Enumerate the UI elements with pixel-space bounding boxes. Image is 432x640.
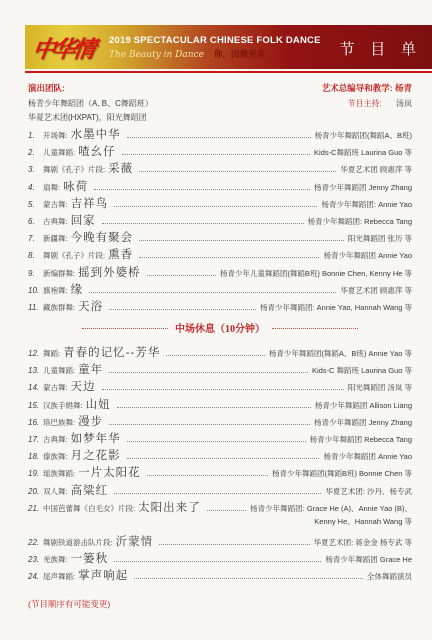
program-performers: 杨青少年舞蹈团(舞蹈B班) Bonnie Chen 等: [272, 468, 412, 479]
program-item-title: 回家: [71, 212, 96, 228]
dotted-leader: [139, 240, 344, 241]
program-category: 藏族群舞:: [43, 302, 75, 313]
program-category: 双人舞:: [43, 486, 68, 497]
program-item-title: 山妞: [86, 396, 111, 412]
program-category: 舞剧《孔子》片段:: [43, 250, 105, 261]
program-performers: 杨青少年舞蹈团 Annie Yao: [323, 451, 412, 462]
program-number: 12.: [28, 349, 43, 358]
credits: 艺术总编导和教学: 杨青 节目主持: 汤岚: [322, 82, 412, 123]
dotted-leader: [127, 458, 320, 459]
program-performers: 阳光舞蹈团 张历 等: [348, 233, 412, 244]
dotted-leader: [134, 578, 363, 579]
program-category: 瑶族舞蹈:: [43, 468, 75, 479]
dotted-leader: [114, 206, 317, 207]
program-category: 中国芭蕾舞《白毛女》片段:: [43, 503, 135, 514]
dotted-leader: [127, 137, 311, 138]
zhonghuaqing-logo: 中华情: [31, 31, 110, 64]
program-number: 2.: [28, 148, 43, 157]
program-number: 21.: [28, 504, 43, 513]
info-block: 演出团队: 杨青少年舞蹈团（A, B、C舞蹈班） 华夏艺术团(HXPAT)，阳光…: [28, 82, 412, 123]
dotted-leader: [102, 223, 304, 224]
program-row: 8. 舞剧《孔子》片段: 熏香 杨青少年舞蹈团 Annie Yao: [28, 246, 412, 263]
program-number: 22.: [28, 538, 43, 547]
program-performers: 华夏艺术团: 沙丹、杨专武: [325, 486, 412, 497]
program-performers: 杨青少年舞蹈团 Annie Yao: [323, 250, 412, 261]
program-performers: 全体舞蹈演员: [367, 571, 412, 582]
program-performers: 杨青少年舞蹈团: Grace He (A)、Annie Yao (B)、: [250, 503, 412, 514]
intermission-label: 中场休息（10分钟）: [175, 320, 265, 335]
dotted-leader: [127, 441, 306, 442]
program-row: 16. 珞巴族舞: 漫步 杨青少年舞蹈团 Jenny Zhang: [28, 413, 412, 430]
host-line: 节目主持: 汤岚: [322, 98, 412, 109]
program-item-title: 采薇: [108, 160, 133, 176]
program-number: 10.: [28, 286, 43, 295]
program-item-title: 咏荷: [63, 178, 88, 194]
dotted-leader: [109, 309, 256, 310]
host-name: 汤岚: [396, 99, 412, 108]
program-number: 17.: [28, 435, 43, 444]
program-category: 新编群舞:: [43, 268, 75, 279]
program-category: 舞剧铁道游击队片段:: [43, 537, 113, 548]
program-row: 1. 开场舞: 水墨中华 杨青少年舞蹈团(舞蹈A、B班): [28, 126, 412, 143]
program-number: 19.: [28, 469, 43, 478]
program-item-title: 喳幺仔: [78, 143, 116, 159]
program-item-title: 天浴: [78, 298, 103, 314]
program-number: 9.: [28, 269, 43, 278]
program-number: 3.: [28, 165, 43, 174]
program-performers: 杨青少年舞蹈团(舞蹈A、B班): [315, 130, 413, 141]
tagline-english: The Beauty in Dance: [109, 50, 204, 60]
program-performers: 华夏艺术团 顾惠萍 等: [340, 164, 412, 175]
team-line-1: 杨青少年舞蹈团（A, B、C舞蹈班）: [28, 98, 153, 109]
program-row: 23. 羌族舞: 一篓秋 杨青少年舞蹈团 Grace He: [28, 550, 412, 567]
program-row: 21. 中国芭蕾舞《白毛女》片段: 太阳出来了 杨青少年舞蹈团: Grace H…: [28, 499, 412, 516]
program-performers: 杨青少年舞蹈团 Jenny Zhang: [314, 417, 412, 428]
program-number: 15.: [28, 401, 43, 410]
dotted-leader: [159, 544, 310, 545]
program-performers: 阳光舞蹈团 汤岚 等: [348, 382, 412, 393]
banner-text: 2019 SPECTACULAR CHINESE FOLK DANCE The …: [109, 35, 321, 60]
program-item-title: 熏香: [108, 246, 133, 262]
program-row: 7. 新疆舞: 今晚有聚会 阳光舞蹈团 张历 等: [28, 229, 412, 246]
program-number: 8.: [28, 251, 43, 260]
banner-subtitle: The Beauty in Dance 你，因舞更美: [109, 48, 321, 60]
program-number: 7.: [28, 234, 43, 243]
program-row: 19. 瑶族舞蹈: 一片太阳花 杨青少年舞蹈团(舞蹈B班) Bonnie Che…: [28, 464, 412, 481]
footer-note: (节目顺序有可能变更): [28, 598, 110, 610]
dotted-leader: [102, 389, 344, 390]
program-row: 6. 古典舞: 回家 杨青少年舞蹈团: Rebecca Tang: [28, 212, 412, 229]
program-row: 2. 儿童舞蹈: 喳幺仔 Kids-C舞蹈班 Laurina Guo 等: [28, 143, 412, 160]
dotted-leader: [207, 510, 247, 511]
intermission: 中场休息（10分钟）: [28, 320, 412, 335]
dotted-leader: [147, 275, 216, 276]
program-page: 中华情 2019 SPECTACULAR CHINESE FOLK DANCE …: [0, 0, 432, 640]
dotted-leader: [114, 493, 321, 494]
dotted-leader: [117, 407, 311, 408]
program-performers: 杨青少年舞蹈团: Annie Yao: [321, 199, 412, 210]
program-item-title: 天边: [71, 378, 96, 394]
program-category: 儿童舞蹈:: [43, 147, 75, 158]
program-row: 17. 古典舞: 如梦年华 杨青少年舞蹈团 Rebecca Tang: [28, 430, 412, 447]
dotted-leader: [114, 561, 321, 562]
program-row: 14. 蒙古舞: 天边 阳光舞蹈团 汤岚 等: [28, 378, 412, 395]
program-category: 扇舞:: [43, 182, 60, 193]
program-row: 9. 新编群舞: 摇到外婆桥 杨青少年儿童舞蹈团(舞蹈B班) Bonnie Ch…: [28, 264, 412, 281]
program-item-title: 缘: [71, 281, 84, 297]
program-performers: 杨青少年舞蹈团(舞蹈A、B班) Annie Yao 等: [269, 348, 412, 359]
host-label: 节目主持:: [348, 99, 382, 108]
program-row: 4. 扇舞: 咏荷 杨青少年舞蹈团 Jenny Zhang: [28, 178, 412, 195]
program-row: 20. 双人舞: 高粱红 华夏艺术团: 沙丹、杨专武: [28, 482, 412, 499]
program-item-title: 水墨中华: [71, 126, 121, 142]
program-number: 5.: [28, 200, 43, 209]
program-performers: Kids-C 舞蹈班 Laurina Guo 等: [312, 365, 412, 376]
dotted-leader: [109, 424, 310, 425]
program-category: 古典舞:: [43, 434, 68, 445]
program-row-continuation: Kenny He、Hannah Wang 等: [28, 516, 412, 533]
program-category: 舞蹈:: [43, 348, 60, 359]
intermission-dots-right: [272, 328, 358, 329]
banner-underline: [25, 71, 432, 73]
program-item-title: 今晚有聚会: [71, 229, 134, 245]
program-item-title: 一篓秋: [71, 550, 109, 566]
program-item-title: 月之花影: [71, 447, 121, 463]
intermission-dots-left: [82, 328, 168, 329]
banner: 中华情 2019 SPECTACULAR CHINESE FOLK DANCE …: [25, 25, 432, 69]
program-row: 13. 儿童舞蹈: 童年 Kids-C 舞蹈班 Laurina Guo 等: [28, 361, 412, 378]
program-row: 5. 蒙古舞: 吉祥鸟 杨青少年舞蹈团: Annie Yao: [28, 195, 412, 212]
program-number: 13.: [28, 366, 43, 375]
program-list-part1: 1. 开场舞: 水墨中华 杨青少年舞蹈团(舞蹈A、B班) 2. 儿童舞蹈: 喳幺…: [28, 126, 412, 315]
program-row: 3. 舞剧《孔子》片段: 采薇 华夏艺术团 顾惠萍 等: [28, 160, 412, 177]
program-number: 4.: [28, 183, 43, 192]
program-row: 24. 尾声舞蹈: 掌声响起 全体舞蹈演员: [28, 567, 412, 584]
program-number: 16.: [28, 418, 43, 427]
dotted-leader: [122, 154, 310, 155]
dotted-leader: [89, 292, 336, 293]
program-number: 24.: [28, 572, 43, 581]
program-category: 舞剧《孔子》片段:: [43, 164, 105, 175]
program-performers: 杨青少年舞蹈团: Rebecca Tang: [308, 216, 412, 227]
program-number: 1.: [28, 131, 43, 140]
program-row: 22. 舞剧铁道游击队片段: 沂蒙情 华夏艺术团: 蒋金金 杨专武 等: [28, 533, 412, 550]
program-number: 18.: [28, 452, 43, 461]
program-performers: 杨青少年舞蹈团 Rebecca Tang: [310, 434, 412, 445]
program-category: 傣族舞:: [43, 451, 68, 462]
dotted-leader: [139, 171, 336, 172]
program-performers: 华夏艺术团 顾惠萍 等: [340, 285, 412, 296]
program-number: 23.: [28, 555, 43, 564]
program-category: 羌族舞:: [43, 554, 68, 565]
program-performers: 杨青少年舞蹈团 Grace He: [325, 554, 412, 565]
program-row: 15. 汉族手绢舞: 山妞 杨青少年舞蹈团 Allison Liang: [28, 396, 412, 413]
program-item-title: 太阳出来了: [138, 499, 201, 515]
program-performers: 杨青少年舞蹈团: Annie Yao, Hannah Wang 等: [260, 302, 412, 313]
program-performers: 华夏艺术团: 蒋金金 杨专武 等: [314, 537, 412, 548]
artistic-director: 艺术总编导和教学: 杨青: [322, 82, 412, 94]
program-row: 18. 傣族舞: 月之花影 杨青少年舞蹈团 Annie Yao: [28, 447, 412, 464]
program-item-title: 摇到外婆桥: [78, 264, 141, 280]
program-title: 节 目 单: [339, 38, 422, 59]
program-item-title: 漫步: [78, 413, 103, 429]
program-category: 旗袍舞:: [43, 285, 68, 296]
program-number: 6.: [28, 217, 43, 226]
program-item-title: 童年: [78, 361, 103, 377]
dotted-leader: [166, 355, 265, 356]
dotted-leader: [147, 475, 268, 476]
program-item-title: 掌声响起: [78, 567, 128, 583]
banner-title: 2019 SPECTACULAR CHINESE FOLK DANCE: [109, 35, 321, 46]
program-row: 12. 舞蹈: 青春的记忆--芳华 杨青少年舞蹈团(舞蹈A、B班) Annie …: [28, 344, 412, 361]
dotted-leader: [139, 257, 319, 258]
program-category: 儿童舞蹈:: [43, 365, 75, 376]
program-category: 汉族手绢舞:: [43, 400, 83, 411]
program-category: 珞巴族舞:: [43, 417, 75, 428]
program-category: 尾声舞蹈:: [43, 571, 75, 582]
teams-label: 演出团队:: [28, 82, 153, 94]
program-row: 11. 藏族群舞: 天浴 杨青少年舞蹈团: Annie Yao, Hannah …: [28, 298, 412, 315]
program-item-title: 如梦年华: [71, 430, 121, 446]
program-category: 蒙古舞:: [43, 199, 68, 210]
performing-teams: 演出团队: 杨青少年舞蹈团（A, B、C舞蹈班） 华夏艺术团(HXPAT)，阳光…: [28, 82, 153, 123]
dotted-leader: [109, 372, 308, 373]
program-item-title: 沂蒙情: [116, 533, 154, 549]
program-category: 开场舞:: [43, 130, 68, 141]
program-item-title: 青春的记忆--芳华: [63, 344, 160, 360]
program-category: 古典舞:: [43, 216, 68, 227]
program-performers: 杨青少年舞蹈团 Allison Liang: [315, 400, 412, 411]
program-number: 11.: [28, 303, 43, 312]
program-number: 14.: [28, 383, 43, 392]
program-category: 新疆舞:: [43, 233, 68, 244]
program-performers: 杨青少年舞蹈团 Jenny Zhang: [314, 182, 412, 193]
program-list-part2: 12. 舞蹈: 青春的记忆--芳华 杨青少年舞蹈团(舞蹈A、B班) Annie …: [28, 344, 412, 585]
program-item-title: 一片太阳花: [78, 464, 141, 480]
program-row: 10. 旗袍舞: 缘 华夏艺术团 顾惠萍 等: [28, 281, 412, 298]
program-item-title: 高粱红: [71, 482, 109, 498]
team-line-2: 华夏艺术团(HXPAT)，阳光舞蹈团: [28, 112, 153, 123]
program-performers: Kids-C舞蹈班 Laurina Guo 等: [314, 147, 412, 158]
program-performers: 杨青少年儿童舞蹈团(舞蹈B班) Bonnie Chen, Kenny He 等: [220, 268, 412, 279]
dotted-leader: [94, 189, 310, 190]
program-item-title: 吉祥鸟: [71, 195, 109, 211]
tagline-chinese: 你，因舞更美: [214, 48, 265, 60]
program-number: 20.: [28, 487, 43, 496]
program-category: 蒙古舞:: [43, 382, 68, 393]
